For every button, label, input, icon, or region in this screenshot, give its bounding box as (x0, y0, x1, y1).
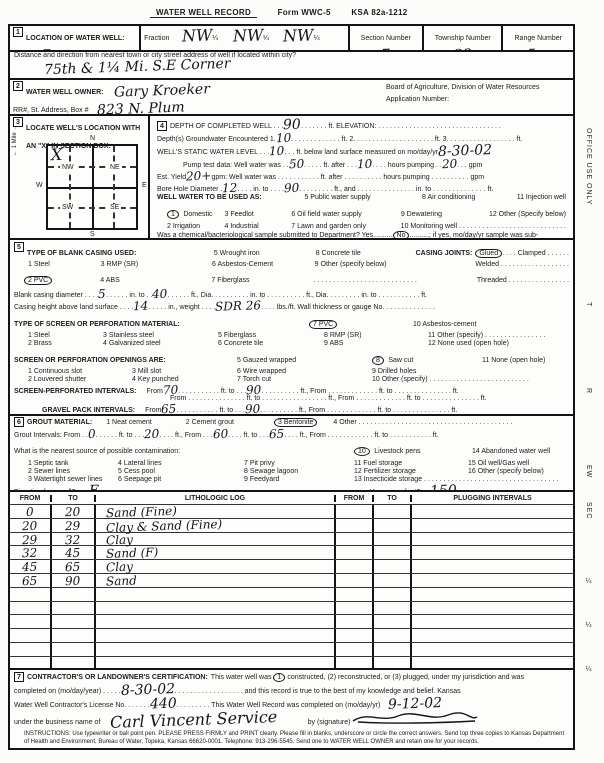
gpi-from-label: From (145, 407, 161, 414)
use-option-7: 7 Lawn and garden only (291, 223, 400, 230)
margin-r-label: R (585, 388, 592, 394)
quarter-2: ¼ (263, 35, 269, 42)
grout-intervals-label: Grout Intervals: From . . (14, 432, 88, 439)
blank-casing-depth-value: 40 (152, 288, 168, 301)
opening-option-9: 9 Drilled holes (372, 368, 416, 375)
compass-east: E (142, 182, 147, 189)
use-option-1-circled: 1 (167, 210, 179, 219)
table-row: 65 90 Sand (10, 573, 573, 587)
cert-record-date: 9-12-02 (388, 696, 442, 712)
opening-option-3: 3 Mill slot (132, 368, 237, 375)
use-option-12: 12 Other (Specify below) (489, 211, 566, 218)
signature-scribble (350, 710, 480, 724)
table-row: 0 20 Sand (Fine) (10, 504, 573, 518)
owner-name: Gary Kroeker (114, 82, 210, 99)
pump-after-label: . . . . . ft. after . . . (304, 162, 357, 169)
joints-threaded-label: Threaded . . . . . . . . . . . . . . . . (477, 277, 569, 284)
casing-weight-label: . . . . . in., weight . . . . (149, 304, 216, 311)
row-5-to: 65 (65, 561, 81, 574)
screen-option-6: 6 Concrete tile (218, 340, 324, 347)
casing-option-blank: . . . . . . . . . . . . . . . . . . . . … (314, 277, 417, 284)
row-6-to: 90 (65, 575, 81, 588)
section-2-number: 2 (13, 81, 23, 91)
casing-option-5: 5 Wrought iron (214, 250, 316, 257)
row-1-to: 20 (65, 506, 81, 519)
screen-option-11: 11 Other (specify) . . . . . . . . . . .… (428, 332, 545, 339)
casing-title: TYPE OF BLANK CASING USED: (27, 250, 136, 257)
margin-quarter-3: ¼ (585, 666, 592, 674)
casing-gauge-label: . . . . lbs./ft. Wall thickness or gauge… (261, 304, 435, 311)
row-2-log: Clay & Sand (Fine) (106, 518, 223, 534)
grout-mid-2: . . . . ft., From . . . (159, 432, 212, 439)
section-3-locate: 3LOCATE WELL'S LOCATION WITH AN "X" IN S… (10, 116, 150, 238)
form-title-row: WATER WELL RECORD Form WWC-5 KSA 82a-121… (150, 8, 570, 17)
opening-option-8-circled: 8 (372, 356, 384, 365)
cert-completed-label: completed on (mo/day/year) . . . . . (14, 688, 121, 695)
pump-hours-value: 10 (357, 158, 373, 171)
casing-option-2-circled: 2 PVC (24, 276, 52, 285)
section-5-casing: 5TYPE OF BLANK CASING USED: 5 Wrought ir… (10, 238, 573, 414)
use-option-10: 10 Monitoring well . . . . . . . . . . .… (401, 223, 566, 230)
form-body: 1LOCATION OF WATER WELL: County: Reno Fr… (8, 24, 575, 750)
section-1-title: LOCATION OF WATER WELL: (26, 35, 125, 42)
screen-option-3: 3 Stainless steel (103, 332, 218, 339)
use-option-8: 8 Air conditioning (422, 194, 517, 201)
screen-option-10: 10 Asbestos-cement (413, 321, 476, 328)
screen-option-1: 1 Steel (28, 332, 103, 339)
section-1-number: 1 (13, 27, 23, 37)
gpi-to-value: 90 (245, 403, 261, 414)
township-label: Township Number (435, 35, 491, 42)
cert-seg-1: This water well was (211, 674, 272, 681)
cert-license-value: 440 (149, 697, 176, 712)
contam-option-1: 1 Septic tank (28, 460, 118, 467)
form-statute: KSA 82a-1212 (351, 8, 407, 17)
table-row-empty (10, 601, 573, 615)
grout-mid-3: . . . . ft. to . . . (228, 432, 269, 439)
casing-option-6: 6 Asbestos-Cement (212, 261, 315, 268)
header-lithologic-log: LITHOLOGIC LOG (96, 495, 336, 502)
blank-casing-dia-value: 5 (98, 288, 106, 300)
pump-gpm-value: 20 (442, 158, 458, 171)
use-option-1-label: Domestic (183, 211, 212, 218)
grout-interval-1-to: 20 (144, 428, 160, 441)
margin-ew-label: EW (585, 465, 592, 478)
grout-interval-1-from: 0 (88, 428, 96, 440)
screen-option-12: 12 None used (open hole) (428, 340, 509, 347)
casing-height-label: Casing height above land surface . . . . (14, 304, 133, 311)
quad-label-ne: NE (108, 164, 122, 171)
quadrant-divider-horizontal (48, 187, 136, 189)
table-row-empty (10, 642, 573, 656)
table-row-empty (10, 614, 573, 628)
use-option-6: 6 Oil field water supply (291, 211, 400, 218)
groundwater-1-value: 10 (275, 132, 291, 145)
table-row: 20 29 Clay & Sand (Fine) (10, 518, 573, 532)
opening-option-11: 11 None (open hole) (482, 357, 545, 364)
margin-quarter-2: ¼ (585, 622, 592, 630)
contam-option-3: 3 Watertight sewer lines (28, 476, 118, 483)
opening-option-8-label: Saw cut (388, 357, 413, 364)
est-yield-value: 20+ (186, 170, 212, 183)
township-cell: Township Number T 23 S (424, 26, 503, 50)
instructions-text-1: INSTRUCTIONS: Use typewriter or ball poi… (24, 730, 564, 738)
contam-option-10-label: Livestock pens (374, 448, 420, 455)
cert-record-label: . . . . . . . . . This Water Well Record… (176, 702, 380, 709)
contam-option-5: 5 Cess pool (118, 468, 244, 475)
casing-height-value: 14 (133, 300, 149, 313)
section-4-number: 4 (157, 121, 167, 131)
quad-label-nw: NW (60, 164, 76, 171)
opening-option-2: 2 Louvered shutter (28, 376, 132, 383)
contam-option-14: 14 Abandoned water well (472, 448, 550, 455)
gravel-pack-label: GRAVEL PACK INTERVALS: (42, 407, 135, 414)
county-cell: 1LOCATION OF WATER WELL: County: Reno (10, 26, 141, 50)
grout-mid-4: . . . . ft., From . . . . . . . . . . . … (284, 432, 438, 439)
gpi-from-value: 65 (161, 403, 177, 414)
screen-intervals-label: SCREEN-PERFORATED INTERVALS: (14, 388, 137, 395)
header-from-2: FROM (336, 495, 374, 502)
contam-option-7: 7 Pit privy (244, 460, 354, 467)
distance-row: Distance and direction from nearest town… (10, 50, 573, 78)
lithologic-table: FROM TO LITHOLOGIC LOG FROM TO PLUGGING … (10, 490, 573, 668)
static-level-mid-label: . . . ft. below land surface measured on… (285, 149, 438, 156)
section-number-cell: Section Number 7 (350, 26, 425, 50)
screen-option-7-circled: 7 PVC (309, 320, 337, 329)
casing-joints-label: CASING JOINTS: (416, 250, 473, 257)
screen-material-title: TYPE OF SCREEN OR PERFORATION MATERIAL: (14, 321, 309, 328)
bore-hole-label: Bore Hole Diameter . (157, 186, 222, 193)
fraction-2: NW (232, 27, 263, 44)
spi-from-label: From (147, 388, 163, 395)
grout-interval-2-to: 65 (269, 428, 285, 441)
row-6-log: Sand (106, 574, 137, 587)
bore-depth-value: 90 (284, 182, 300, 195)
address-label: RR#, St. Address, Box # (13, 107, 88, 114)
section-4-depth-panel: 4 DEPTH OF COMPLETED WELL . . . 90 . . .… (150, 116, 573, 238)
range-label: Range Number (515, 35, 562, 42)
contam-option-9: 9 Feedyard (244, 476, 354, 483)
address-value: 823 N. Plum (97, 100, 185, 114)
grout-option-2: 2 Cement grout (186, 419, 234, 426)
range-cell: Range Number R 5 EW (503, 26, 573, 50)
spi-rest-label: . . . . . . . . . . ft., From . . . . . … (262, 388, 459, 395)
gpm-unit-label: . . . gpm (457, 162, 482, 169)
grout-mid-1: . . . . . . ft. to . . . (96, 432, 145, 439)
contam-option-11: 11 Fuel storage (354, 460, 468, 467)
section-number-label: Section Number (361, 35, 411, 42)
distance-value: 75th & 1¼ Mi. S.E Corner (44, 57, 231, 78)
grout-option-1: 1 Neat cement (106, 419, 152, 426)
row-3-from: 29 (22, 533, 38, 546)
screen-option-9: 9 ABS (324, 340, 428, 347)
casing-option-9: 9 Other (specify below) (315, 261, 416, 268)
gpi-mid-label: . . . . . . . . . . . ft. to . . . (177, 407, 245, 414)
fraction-label: Fraction (144, 35, 169, 42)
blank-casing-rest-label: . . . . . . ft., Dia. . . . . . . . . . … (168, 292, 427, 299)
use-option-11: 11 Injection well (517, 194, 566, 201)
contam-option-4: 4 Lateral lines (118, 460, 244, 467)
section-7-number: 7 (14, 672, 24, 682)
pump-gpm-label: . . . . hours pumping . . (372, 162, 442, 169)
table-row: 45 65 Clay (10, 559, 573, 573)
table-row-empty (10, 628, 573, 642)
blank-casing-dia-label: Blank casing diameter . . . . (14, 292, 98, 299)
bore-to-label: . . . . in. to . . . . (238, 186, 284, 193)
row-4-log: Sand (F) (106, 546, 159, 560)
section-2-owner: 2WATER WELL OWNER: Gary Kroeker RR#, St.… (10, 78, 573, 114)
application-number-label: Application Number: (386, 96, 570, 103)
header-to-2: TO (374, 495, 412, 502)
row-1-log: Sand (Fine) (106, 505, 177, 519)
header-to-1: TO (52, 495, 96, 502)
instructions-text-2: of Health and Environment, Bureau of Wat… (24, 738, 479, 746)
section-1-location: 1LOCATION OF WATER WELL: County: Reno Fr… (10, 26, 573, 50)
quarter-dash-v2 (113, 146, 115, 228)
section-7-certification: 7 CONTRACTOR'S OR LANDOWNER'S CERTIFICAT… (10, 668, 573, 748)
water-well-record-scan: WATER WELL RECORD Form WWC-5 KSA 82a-121… (0, 0, 604, 763)
table-row-empty (10, 656, 573, 668)
table-header-row: FROM TO LITHOLOGIC LOG FROM TO PLUGGING … (10, 492, 573, 504)
cert-seg-2: constructed, (2) reconstructed, or (3) p… (287, 674, 524, 681)
certification-title: CONTRACTOR'S OR LANDOWNER'S CERTIFICATIO… (27, 674, 208, 681)
use-title: WELL WATER TO BE USED AS: (157, 194, 304, 201)
office-use-only-label: OFFICE USE ONLY (585, 128, 592, 206)
section-6-number: 6 (14, 417, 24, 427)
sample-no-circled: No (393, 231, 410, 238)
spi-blank-line: From . . . . . . . . . . . . . . . ft. t… (170, 395, 487, 402)
groundwater-label: Depth(s) Groundwater Encountered 1. (157, 136, 276, 143)
pump-depth-value: 50 (288, 158, 304, 171)
row-6-from: 65 (22, 575, 38, 588)
screen-option-8: 8 RMP (SR) (324, 332, 428, 339)
spi-to-value: 90 (246, 384, 262, 397)
row-2-to: 29 (65, 520, 81, 533)
bore-dia-value: 12 (222, 182, 238, 195)
grout-interval-2-from: 60 (213, 428, 229, 441)
casing-option-8: 8 Concrete tile (316, 250, 416, 257)
fraction-3: NW (283, 27, 314, 44)
cert-seg-3: . . . . . . . . . . . . . . . . . . and … (175, 688, 461, 695)
margin-sec-label: SEC (585, 502, 592, 519)
casing-weight-value: SDR 26 (215, 299, 261, 313)
joints-welded-label: Welded . . . . . . . . . . . . . . . . .… (475, 261, 569, 268)
section-6-grout: 6 GROUT MATERIAL: 1 Neat cement 2 Cement… (10, 414, 573, 490)
row-5-from: 45 (22, 561, 38, 574)
static-level-label: WELL'S STATIC WATER LEVEL . . . (157, 149, 269, 156)
use-option-9: 9 Dewatering (401, 211, 489, 218)
grout-title: GROUT MATERIAL: (27, 419, 92, 426)
well-x-mark: X (51, 147, 63, 163)
elevation-label: . . . . . . . ft. ELEVATION: . . . . . .… (301, 123, 501, 130)
joints-clamped-label: . . . . Clamped . . . . . . (502, 250, 569, 257)
quad-label-se: SE (108, 204, 121, 211)
row-4-from: 32 (22, 547, 38, 560)
contam-option-12: 12 Fertilizer storage (354, 468, 468, 475)
quarter-1: ¼ (212, 35, 218, 42)
quad-label-sw: SW (60, 204, 75, 211)
casing-option-4: 4 ABS (100, 277, 211, 284)
header-plugging-intervals: PLUGGING INTERVALS (412, 495, 573, 502)
screen-option-2: 2 Brass (28, 340, 103, 347)
table-row: 32 45 Sand (F) (10, 545, 573, 559)
joints-glued-circled: Glued (475, 249, 502, 258)
screen-option-5: 5 Fiberglass (218, 332, 324, 339)
form-title: WATER WELL RECORD (150, 8, 257, 18)
pump-test-label: Pump test data: Well water was . . (183, 162, 289, 169)
one-mile-label: ← 1 Mile → (12, 125, 18, 156)
grout-option-4: 4 Other . . . . . . . . . . . . . . . . … (333, 419, 512, 426)
owner-title: WATER WELL OWNER: (26, 89, 104, 96)
locate-title-1: LOCATE WELL'S LOCATION WITH (26, 125, 140, 132)
est-yield-label: Est. Yield (157, 174, 186, 181)
quarter-3: ¼ (314, 35, 320, 42)
compass-north: N (90, 135, 95, 142)
contam-option-6: 6 Seepage pit (118, 476, 244, 483)
static-level-value: 10 (269, 145, 285, 158)
cert-constructed-circled: 1 (273, 673, 285, 682)
opening-option-5: 5 Gauzed wrapped (237, 357, 372, 364)
contam-option-10-circled: 10 (354, 447, 370, 456)
table-row: 29 32 Clay (10, 532, 573, 546)
row-3-to: 32 (65, 533, 81, 546)
depth-completed-label: DEPTH OF COMPLETED WELL . . . (170, 123, 283, 130)
opening-option-4: 4 Key punched (132, 376, 237, 383)
est-yield-rest-label: gpm: Well water was . . . . . . . . . . … (212, 174, 485, 181)
gpi-rest-label: . . . . . . . . . . ft., From . . . . . … (260, 407, 457, 414)
casing-option-1: 1 Steel (28, 261, 101, 268)
header-from-1: FROM (10, 495, 52, 502)
row-1-from: 0 (26, 506, 34, 518)
middle-row: 3LOCATE WELL'S LOCATION WITH AN "X" IN S… (10, 114, 573, 238)
compass-south: S (90, 231, 95, 238)
casing-option-3: 3 RMP (SR) (101, 261, 212, 268)
compass-west: W (36, 182, 43, 189)
row-4-to: 45 (65, 547, 81, 560)
spi-from-value: 70 (163, 384, 179, 397)
use-option-2: 2 Irrigation (167, 223, 224, 230)
opening-option-10: 10 Other (specify) . . . . . . . . . . .… (372, 376, 529, 383)
opening-option-1: 1 Continuous slot (28, 368, 132, 375)
cert-business-label: under the business name of (14, 719, 100, 726)
cert-signature-label: by (signature) (308, 719, 351, 726)
spi-mid-label: . . . . . . . . . . . ft. to . . . (178, 388, 246, 395)
openings-title: SCREEN OR PERFORATION OPENINGS ARE: (14, 357, 237, 364)
fraction-cell: Fraction NW¼ NW¼ NW¼ (141, 26, 349, 50)
margin-t-label: T (585, 302, 592, 307)
margin-quarter-1: ¼ (585, 578, 592, 586)
opening-option-6: 6 Wire wrapped (237, 368, 372, 375)
section-5-number: 5 (14, 242, 24, 252)
contam-option-8: 8 Sewage lagoon (244, 468, 354, 475)
screen-option-4: 4 Galvanized steel (103, 340, 218, 347)
form-number: Form WWC-5 (278, 8, 331, 17)
use-option-3: 3 Feedlot (225, 211, 292, 218)
use-option-4: 4 Industrial (224, 223, 291, 230)
section-quadrant-box: NW NE SW SE X (46, 144, 138, 230)
table-row-empty (10, 587, 573, 601)
quarter-dash-v1 (69, 146, 71, 228)
contam-option-16: 16 Other (specify below) (468, 468, 544, 475)
agency-label: Board of Agriculture, Division of Water … (386, 84, 570, 91)
use-option-5: 5 Public water supply (304, 194, 422, 201)
cert-license-label: Water Well Contractor's License No. . . … (14, 702, 150, 709)
fraction-1: NW (182, 27, 213, 44)
row-2-from: 20 (22, 520, 38, 533)
row-3-log: Clay (106, 533, 133, 546)
contam-option-2: 2 Sewer lines (28, 468, 118, 475)
casing-option-7: 7 Fiberglass (211, 277, 313, 284)
bore-rest-label: . . . . . . . . . ft., and . . . . . . .… (299, 186, 493, 193)
contam-option-15: 15 Oil well/Gas well (468, 460, 529, 467)
contamination-label: What is the nearest source of possible c… (14, 448, 354, 455)
row-5-log: Clay (106, 561, 133, 574)
grout-option-3-circled: 3 Bentonite (274, 418, 317, 427)
